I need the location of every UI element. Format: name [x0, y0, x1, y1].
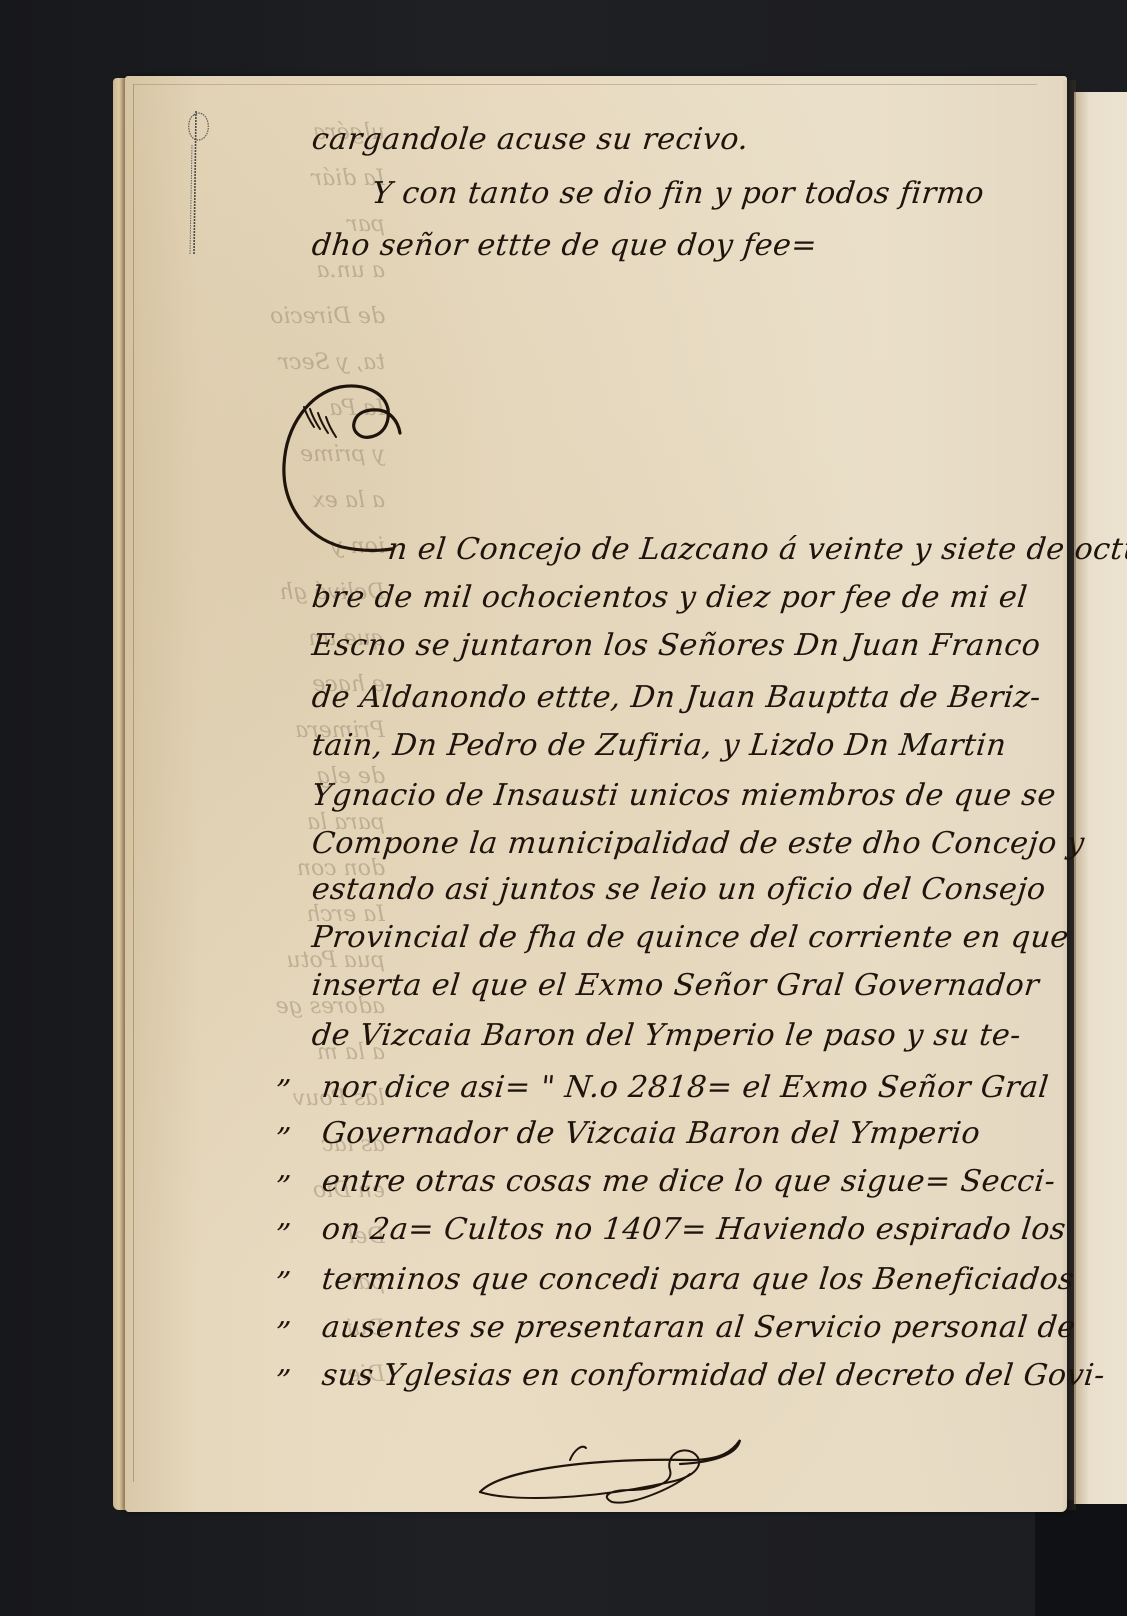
manuscript-text: cargandole acuse su recivo. Y con tanto … [0, 0, 1127, 1616]
text-line: Governador de Vizcaia Baron del Ymperio [320, 1116, 982, 1151]
text-line: tain, Dn Pedro de Zufiria, y Lizdo Dn Ma… [310, 728, 1008, 763]
margin-quote-mark: ” [273, 1218, 292, 1253]
text-line: dho señor ettte de que doy fee= [310, 228, 819, 263]
text-line: de Aldanondo ettte, Dn Juan Bauptta de B… [310, 680, 1042, 715]
text-line: Ygnacio de Insausti unicos miembros de q… [310, 778, 1058, 813]
margin-quote-mark: ” [273, 1170, 292, 1205]
text-line: Compone la municipalidad de este dho Con… [310, 826, 1086, 861]
text-line: nor dice asi= " N.o 2818= el Exmo Señor … [320, 1070, 1050, 1105]
text-line: terminos que concedi para que los Benefi… [320, 1262, 1076, 1297]
margin-quote-mark: ” [273, 1074, 292, 1109]
margin-quote-mark: ” [273, 1266, 292, 1301]
margin-quote-mark: ” [273, 1122, 292, 1157]
text-line: bre de mil ochocientos y diez por fee de… [310, 580, 1029, 615]
text-line: Y con tanto se dio fin y por todos firmo [370, 176, 986, 211]
text-line: de Vizcaia Baron del Ymperio le paso y s… [310, 1018, 1023, 1053]
margin-quote-mark: ” [273, 1364, 292, 1399]
text-line: Provincial de fha de quince del corrient… [310, 920, 1070, 955]
text-line: cargandole acuse su recivo. [310, 122, 750, 157]
text-line: estando asi juntos se leio un oficio del… [310, 872, 1047, 907]
rubric-flourish-icon [470, 1430, 770, 1510]
text-line: n el Concejo de Lazcano á veinte y siete… [386, 532, 1127, 567]
text-line: ausentes se presentaran al Servicio pers… [320, 1310, 1077, 1345]
text-line: sus Yglesias en conformidad del decreto … [320, 1358, 1107, 1393]
text-line: inserta el que el Exmo Señor Gral Govern… [310, 968, 1041, 1003]
margin-quote-mark: ” [273, 1316, 292, 1351]
text-line: on 2a= Cultos no 1407= Haviendo espirado… [320, 1212, 1068, 1247]
text-line: Escno se juntaron los Señores Dn Juan Fr… [310, 628, 1042, 663]
text-line: entre otras cosas me dice lo que sigue= … [320, 1164, 1057, 1199]
